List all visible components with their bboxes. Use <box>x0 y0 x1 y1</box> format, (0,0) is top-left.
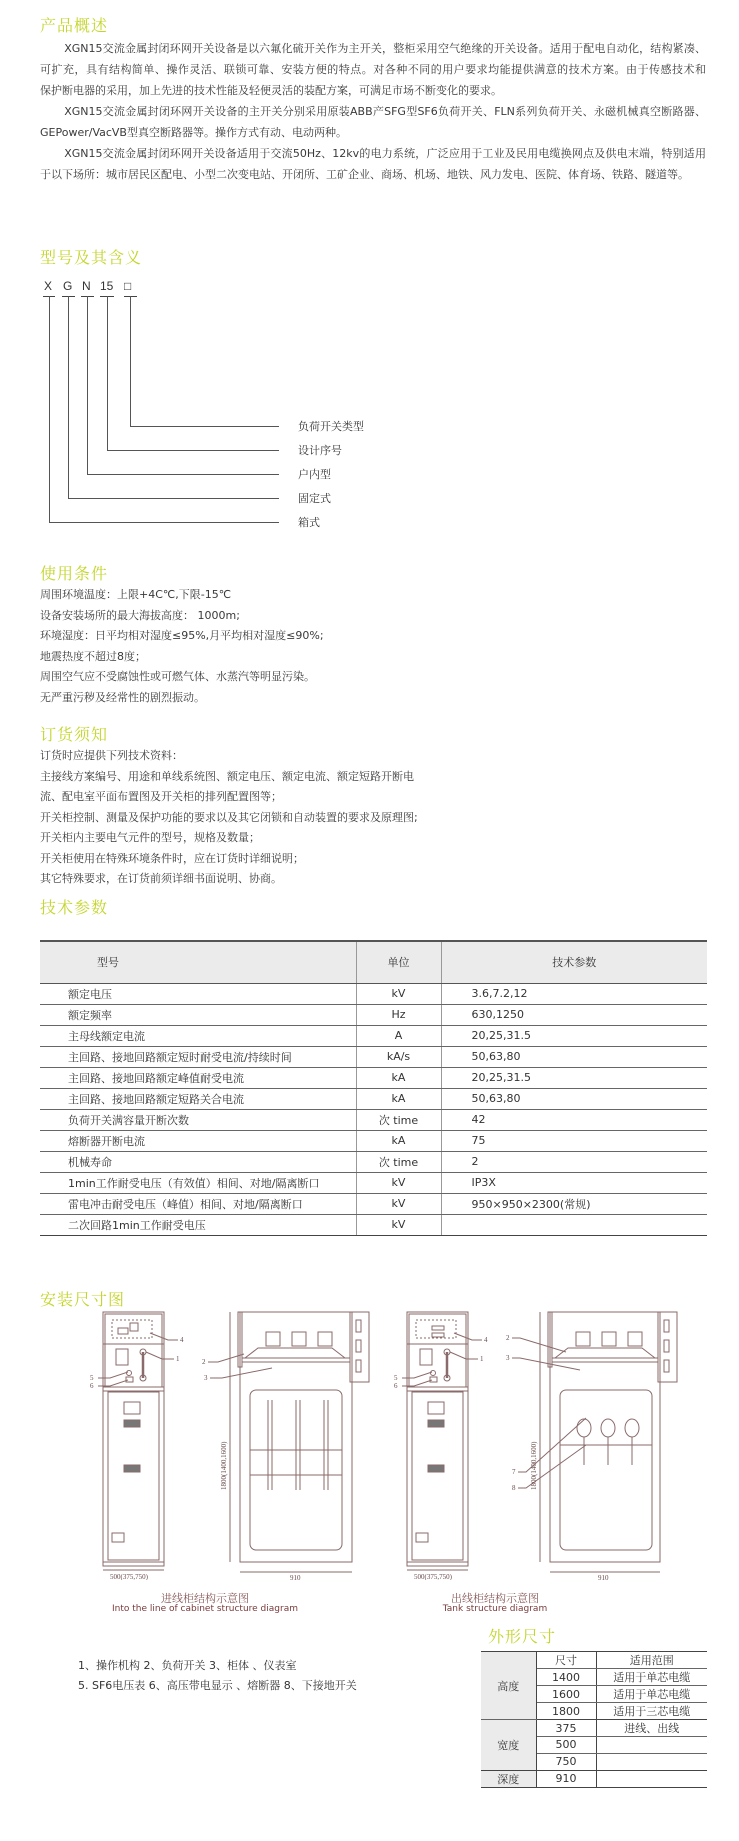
cell-scope: 适用于单芯电缆 <box>596 1686 707 1703</box>
legend-line: 1、操作机构 2、负荷开关 3、柜体 、仪表室 <box>78 1656 357 1676</box>
diagram-caption-en: Tank structure diagram <box>405 1604 585 1614</box>
table-row: 1min工作耐受电压（有效值）相间、对地/隔离断口kVIP3X <box>40 1172 707 1193</box>
callout-3: 3 <box>204 1374 208 1382</box>
cell-size: 750 <box>536 1753 596 1770</box>
callout-5: 5 <box>90 1374 94 1382</box>
cell-scope <box>596 1770 707 1787</box>
cell-unit: kA <box>356 1088 441 1109</box>
meaning-label: 负荷开关类型 <box>298 418 364 434</box>
cell-name: 主母线额定电流 <box>40 1025 356 1046</box>
ordering-item: 开关柜使用在特殊环境条件时，应在订货时详细说明； <box>40 849 418 870</box>
cell-value: IP3X <box>441 1172 707 1193</box>
meaning-label: 固定式 <box>298 490 331 506</box>
callout-8: 8 <box>512 1484 516 1492</box>
connector-line <box>130 426 279 427</box>
cell-size: 1800 <box>536 1703 596 1720</box>
cell-size: 500 <box>536 1737 596 1754</box>
cell-unit: kA/s <box>356 1046 441 1067</box>
ordering-item: 开关柜控制、测量及保护功能的要求以及其它闭锁和自动装置的要求及原理图; <box>40 808 418 829</box>
cell-unit: kV <box>356 1172 441 1193</box>
connector-line <box>87 296 88 474</box>
overview-paragraph: XGN15交流金属封闭环网开关设备适用于交流50Hz、12kv的电力系统，广泛应… <box>40 143 706 185</box>
connector-line <box>107 450 279 451</box>
depth-dimension: 910 <box>290 1574 301 1580</box>
cell-unit: Hz <box>356 1004 441 1025</box>
ordering-list: 订货时应提供下列技术资料： 主接线方案编号、用途和单线系统图、额定电压、额定电流… <box>40 746 418 890</box>
condition-item: 周围空气应不受腐蚀性或可燃气体、水蒸汽等明显污染。 <box>40 667 324 688</box>
cell-value: 50,63,80 <box>441 1046 707 1067</box>
cell-scope: 适用于单芯电缆 <box>596 1669 707 1686</box>
connector-line <box>130 296 131 426</box>
section-title-overview: 产品概述 <box>40 13 108 36</box>
table-row: 主回路、接地回路额定峰值耐受电流kA20,25,31.5 <box>40 1067 707 1088</box>
table-row: 熔断器开断电流kA75 <box>40 1130 707 1151</box>
callout-6: 6 <box>90 1382 94 1390</box>
callout-5: 5 <box>394 1374 398 1382</box>
connector-line <box>68 498 279 499</box>
code-letter-15: 15 <box>100 279 113 293</box>
cell-name: 机械寿命 <box>40 1151 356 1172</box>
table-row: 雷电冲击耐受电压（峰值）相间、对地/隔离断口kV950×950×2300(常规) <box>40 1193 707 1214</box>
meaning-label: 箱式 <box>298 514 320 530</box>
callout-4: 4 <box>484 1336 488 1344</box>
width-dimension: 500(375,750) <box>414 1573 453 1580</box>
cell-unit: kA <box>356 1067 441 1088</box>
cell-value: 3.6,7.2,12 <box>441 983 707 1004</box>
connector-line <box>49 296 50 522</box>
header-size: 尺寸 <box>536 1652 596 1669</box>
ordering-item: 其它特殊要求，在订货前须详细书面说明、协商。 <box>40 869 418 890</box>
table-row: 机械寿命次 time2 <box>40 1151 707 1172</box>
cell-unit: kV <box>356 983 441 1004</box>
connector-line <box>68 296 69 498</box>
overview-text: XGN15交流金属封闭环网开关设备是以六氟化硫开关作为主开关，整柜采用空气绝缘的… <box>40 38 706 185</box>
condition-item: 环境湿度：日平均相对湿度≤95%,月平均相对湿度≤90%; <box>40 626 324 647</box>
outline-dimensions-table: 高度 尺寸 适用范围 1400适用于单芯电缆 1600适用于单芯电缆 1800适… <box>481 1651 707 1788</box>
ordering-item: 开关柜内主要电气元件的型号，规格及数量； <box>40 828 418 849</box>
cell-value: 20,25,31.5 <box>441 1067 707 1088</box>
cell-unit: kV <box>356 1193 441 1214</box>
overview-paragraph: XGN15交流金属封闭环网开关设备的主开关分别采用原装ABB产SFG型SF6负荷… <box>40 101 706 143</box>
meaning-label: 设计序号 <box>298 442 342 458</box>
table-row: 深度 910 <box>481 1770 707 1787</box>
header-params: 技术参数 <box>441 941 707 983</box>
callout-4: 4 <box>180 1336 184 1344</box>
tech-params-table: 型号 单位 技术参数 额定电压kV3.6,7.2,12 额定频率Hz630,12… <box>40 940 707 1236</box>
height-dimension: 1800(1400,1600) <box>530 1441 538 1490</box>
table-row: 额定频率Hz630,1250 <box>40 1004 707 1025</box>
cell-size: 375 <box>536 1720 596 1737</box>
component-legend: 1、操作机构 2、负荷开关 3、柜体 、仪表室 5. SF6电压表 6、高压带电… <box>78 1656 357 1696</box>
table-row: 宽度 375进线、出线 <box>481 1720 707 1737</box>
cell-name: 主回路、接地回路额定短时耐受电流/持续时间 <box>40 1046 356 1067</box>
cell-scope <box>596 1753 707 1770</box>
cell-value: 50,63,80 <box>441 1088 707 1109</box>
callout-1: 1 <box>176 1355 180 1363</box>
conditions-list: 周围环境温度：上限+4C℃,下限-15℃ 设备安装场所的最大海拔高度： 1000… <box>40 585 324 708</box>
cell-size: 1600 <box>536 1686 596 1703</box>
diagram-caption-en: Into the line of cabinet structure diagr… <box>100 1604 310 1614</box>
cell-name: 1min工作耐受电压（有效值）相间、对地/隔离断口 <box>40 1172 356 1193</box>
cell-scope: 进线、出线 <box>596 1720 707 1737</box>
cell-name: 额定电压 <box>40 983 356 1004</box>
code-letter-g: G <box>63 279 72 293</box>
connector-line <box>49 522 279 523</box>
legend-line: 5. SF6电压表 6、高压带电显示 、熔断器 8、下接地开关 <box>78 1676 357 1696</box>
header-unit: 单位 <box>356 941 441 983</box>
cell-name: 熔断器开断电流 <box>40 1130 356 1151</box>
cell-name: 二次回路1min工作耐受电压 <box>40 1214 356 1235</box>
cell-size: 910 <box>536 1770 596 1787</box>
width-dimension: 500(375,750) <box>110 1573 149 1580</box>
group-label-width: 宽度 <box>481 1720 536 1771</box>
callout-2: 2 <box>202 1358 206 1366</box>
header-scope: 适用范围 <box>596 1652 707 1669</box>
condition-item: 设备安装场所的最大海拔高度： 1000m; <box>40 606 324 627</box>
table-row: 负荷开关满容量开断次数次 time42 <box>40 1109 707 1130</box>
cell-value: 630,1250 <box>441 1004 707 1025</box>
code-letter-box: □ <box>124 279 131 293</box>
callout-1: 1 <box>480 1355 484 1363</box>
incoming-cabinet-diagram: 4 1 5 6 2 3 500(375,750) 910 1800(1400,1… <box>40 1300 375 1580</box>
table-header-row: 型号 单位 技术参数 <box>40 941 707 983</box>
meaning-label: 户内型 <box>298 466 331 482</box>
table-row: 高度 尺寸 适用范围 <box>481 1652 707 1669</box>
cell-value <box>441 1214 707 1235</box>
section-title-model: 型号及其含义 <box>40 245 142 268</box>
ordering-item: 主接线方案编号、用途和单线系统图、额定电压、额定电流、额定短路开断电 <box>40 767 418 788</box>
cell-name: 主回路、接地回路额定短路关合电流 <box>40 1088 356 1109</box>
cell-value: 20,25,31.5 <box>441 1025 707 1046</box>
section-title-tech: 技术参数 <box>40 895 108 918</box>
condition-item: 地震热度不超过8度； <box>40 647 324 668</box>
group-label-depth: 深度 <box>481 1770 536 1787</box>
callout-6: 6 <box>394 1382 398 1390</box>
table-row: 额定电压kV3.6,7.2,12 <box>40 983 707 1004</box>
connector-line <box>107 296 108 450</box>
section-title-dims: 外形尺寸 <box>488 1624 556 1647</box>
cell-unit: 次 time <box>356 1151 441 1172</box>
cell-value: 2 <box>441 1151 707 1172</box>
table-row: 主母线额定电流A20,25,31.5 <box>40 1025 707 1046</box>
condition-item: 周围环境温度：上限+4C℃,下限-15℃ <box>40 585 324 606</box>
cell-value: 75 <box>441 1130 707 1151</box>
cell-unit: 次 time <box>356 1109 441 1130</box>
ordering-item: 订货时应提供下列技术资料： <box>40 746 418 767</box>
code-letter-n: N <box>82 279 91 293</box>
height-dimension: 1800(1400,1600) <box>220 1441 228 1490</box>
depth-dimension: 910 <box>598 1574 609 1580</box>
table-row: 二次回路1min工作耐受电压kV <box>40 1214 707 1235</box>
section-title-conditions: 使用条件 <box>40 561 108 584</box>
cell-name: 额定频率 <box>40 1004 356 1025</box>
group-label-height: 高度 <box>481 1652 536 1720</box>
cell-name: 主回路、接地回路额定峰值耐受电流 <box>40 1067 356 1088</box>
callout-7: 7 <box>512 1468 516 1476</box>
code-letter-x: X <box>44 279 52 293</box>
cell-unit: kA <box>356 1130 441 1151</box>
condition-item: 无严重污秽及经常性的剧烈振动。 <box>40 688 324 709</box>
cell-name: 负荷开关满容量开断次数 <box>40 1109 356 1130</box>
cell-scope: 适用于三芯电缆 <box>596 1703 707 1720</box>
table-row: 主回路、接地回路额定短时耐受电流/持续时间kA/s50,63,80 <box>40 1046 707 1067</box>
cell-value: 42 <box>441 1109 707 1130</box>
cell-value: 950×950×2300(常规) <box>441 1193 707 1214</box>
cell-scope <box>596 1737 707 1754</box>
table-row: 主回路、接地回路额定短路关合电流kA50,63,80 <box>40 1088 707 1109</box>
callout-3: 3 <box>506 1354 510 1362</box>
cell-size: 1400 <box>536 1669 596 1686</box>
outgoing-cabinet-diagram: 4 1 5 6 2 3 7 8 500(375,750) 910 1800(14… <box>390 1300 710 1580</box>
cell-name: 雷电冲击耐受电压（峰值）相间、对地/隔离断口 <box>40 1193 356 1214</box>
cell-unit: kV <box>356 1214 441 1235</box>
section-title-ordering: 订货须知 <box>40 722 108 745</box>
overview-paragraph: XGN15交流金属封闭环网开关设备是以六氟化硫开关作为主开关，整柜采用空气绝缘的… <box>40 38 706 101</box>
cell-unit: A <box>356 1025 441 1046</box>
callout-2: 2 <box>506 1334 510 1342</box>
ordering-item: 流、配电室平面布置图及开关柜的排列配置图等； <box>40 787 418 808</box>
connector-line <box>87 474 279 475</box>
header-model: 型号 <box>40 941 356 983</box>
